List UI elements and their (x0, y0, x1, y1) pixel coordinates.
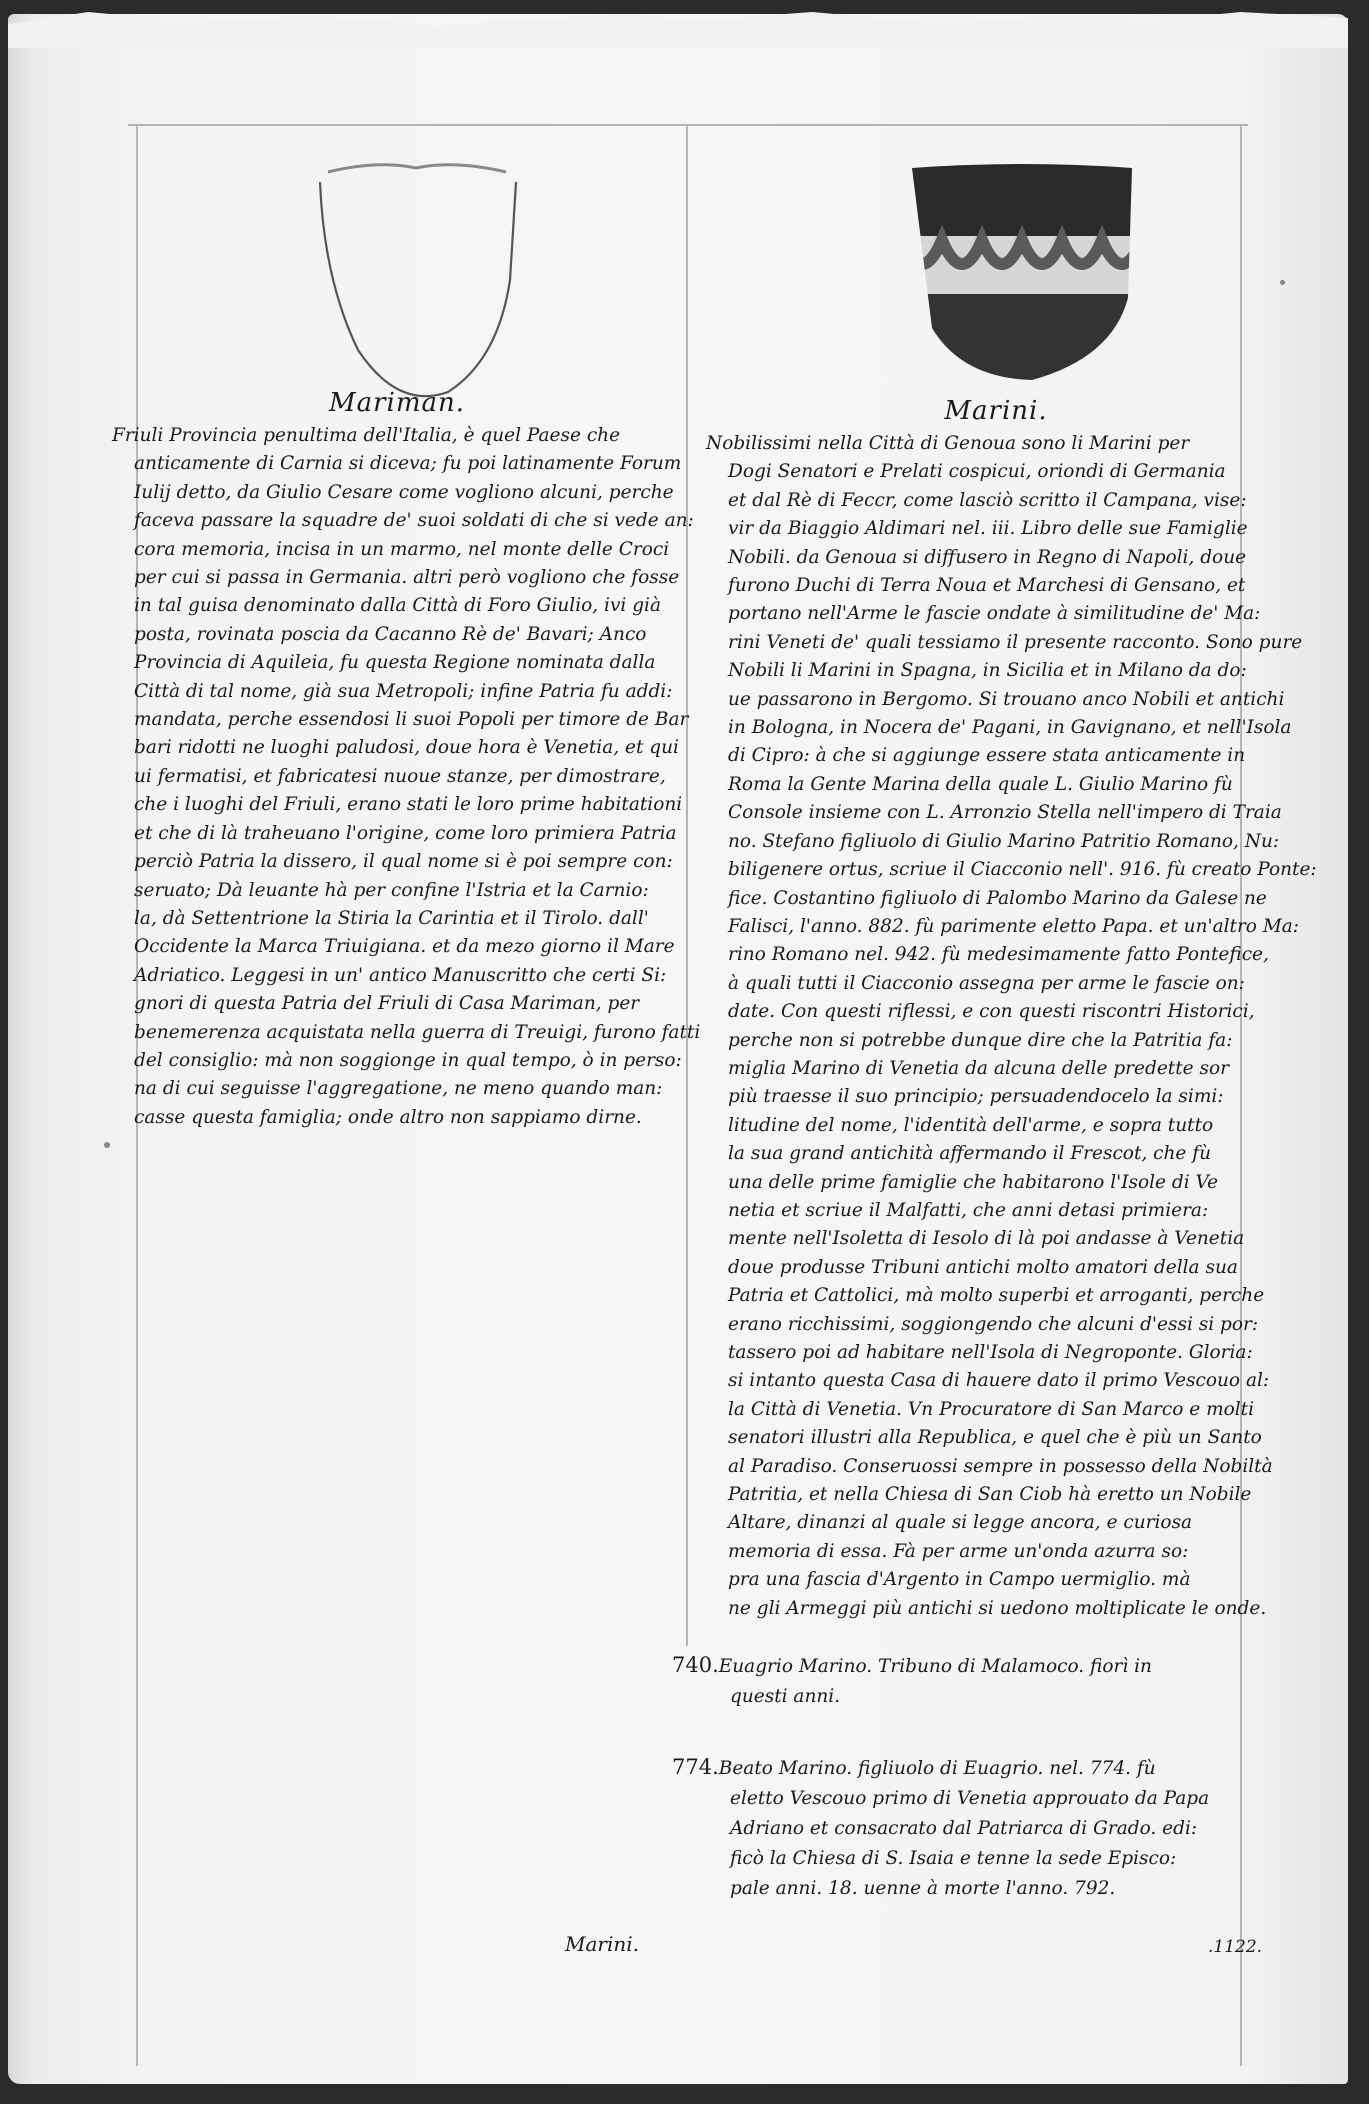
entry-year: 740. (672, 1653, 719, 1677)
text-line: pale anni. 18. uenne à morte l'anno. 792… (672, 1874, 1292, 1904)
text-line: eletto Vescouo primo di Venetia approuat… (672, 1784, 1292, 1814)
text-line: à quali tutti il Ciacconio assegna per a… (706, 970, 1286, 998)
text-line: Adriano et consacrato dal Patriarca di G… (672, 1814, 1292, 1844)
text-line: doue produsse Tribuni antichi molto amat… (706, 1254, 1286, 1282)
ink-spot (1280, 280, 1285, 285)
text-line: Nobili. da Genoua si diffusero in Regno … (706, 544, 1286, 572)
text-line: memoria di essa. Fà per arme un'onda azu… (706, 1538, 1286, 1566)
text-line: Patritia, et nella Chiesa di San Ciob hà… (706, 1481, 1286, 1509)
text-line: ue passarono in Bergomo. Si trouano anco… (706, 686, 1286, 714)
text-line: in Bologna, in Nocera de' Pagani, in Gav… (706, 714, 1286, 742)
text-line: gnori di questa Patria del Friuli di Cas… (112, 990, 682, 1018)
text-line: per cui si passa in Germania. altri però… (112, 564, 682, 592)
catchword: Marini. (565, 1932, 639, 1956)
text-line: in tal guisa denominato dalla Città di F… (112, 592, 682, 620)
text-line: che i luoghi del Friuli, erano stati le … (112, 791, 682, 819)
text-line: casse questa famiglia; onde altro non sa… (112, 1104, 682, 1132)
text-line: al Paradiso. Conseruossi sempre in posse… (706, 1453, 1286, 1481)
text-line: portano nell'Arme le fascie ondate à sim… (706, 600, 1286, 628)
text-line: Adriatico. Leggesi in un' antico Manuscr… (112, 962, 682, 990)
family-heading: Mariman. (112, 388, 682, 418)
text-line: questi anni. (672, 1682, 1292, 1712)
text-line: litudine del nome, l'identità dell'arme,… (706, 1112, 1286, 1140)
text-line: biligenere ortus, scriue il Ciacconio ne… (706, 856, 1286, 884)
text-line: Friuli Provincia penultima dell'Italia, … (112, 422, 682, 450)
text-line: ficò la Chiesa di S. Isaia e tenne la se… (672, 1844, 1292, 1874)
text-line: Occidente la Marca Triuigiana. et da mez… (112, 933, 682, 961)
text-line: Altare, dinanzi al quale si legge ancora… (706, 1509, 1286, 1537)
text-line: cora memoria, incisa in un marmo, nel mo… (112, 536, 682, 564)
text-line: tassero poi ad habitare nell'Isola di Ne… (706, 1339, 1286, 1367)
shield-wavy-fess-icon (902, 158, 1142, 388)
entry-marini: Marini. Nobilissimi nella Città di Genou… (706, 396, 1286, 1623)
text-line: la sua grand antichità affermando il Fre… (706, 1140, 1286, 1168)
entry-text: Euagrio Marino. Tribuno di Malamoco. fio… (719, 1656, 1152, 1677)
text-line: mente nell'Isoletta di Iesolo di là poi … (706, 1225, 1286, 1253)
family-heading: Marini. (706, 396, 1286, 426)
text-line: Nobilissimi nella Città di Genoua sono l… (706, 430, 1286, 458)
text-line: vir da Biaggio Aldimari nel. iii. Libro … (706, 515, 1286, 543)
entry-text: questi anni. (730, 1686, 840, 1707)
chronology-entry: 774.Beato Marino. figliuolo di Euagrio. … (672, 1752, 1292, 1904)
text-line: perche non si potrebbe dunque dire che l… (706, 1027, 1286, 1055)
text-line: di Cipro: à che si aggiunge essere stata… (706, 742, 1286, 770)
text-line: seruato; Dà leuante hà per confine l'Ist… (112, 877, 682, 905)
text-line: la Città di Venetia. Vn Procuratore di S… (706, 1396, 1286, 1424)
text-line: si intanto questa Casa di hauere dato il… (706, 1367, 1286, 1395)
text-line: benemerenza acquistata nella guerra di T… (112, 1019, 682, 1047)
text-line: no. Stefano figliuolo di Giulio Marino P… (706, 828, 1286, 856)
text-line: ne gli Armeggi più antichi si uedono mol… (706, 1595, 1286, 1623)
text-line: la, dà Settentrione la Stiria la Carinti… (112, 905, 682, 933)
paragraph: Friuli Provincia penultima dell'Italia, … (112, 422, 682, 1132)
text-line: perciò Patria la dissero, il qual nome s… (112, 848, 682, 876)
text-line: Nobili li Marini in Spagna, in Sicilia e… (706, 657, 1286, 685)
folio-number: .1122. (1208, 1937, 1262, 1957)
text-line: miglia Marino di Venetia da alcuna delle… (706, 1055, 1286, 1083)
text-line: date. Con questi riflessi, e con questi … (706, 998, 1286, 1026)
text-line: ui fermatisi, et fabricatesi nuoue stanz… (112, 763, 682, 791)
text-line: più traesse il suo principio; persuadend… (706, 1083, 1286, 1111)
text-line: et che di là traheuano l'origine, come l… (112, 820, 682, 848)
text-line: 740.Euagrio Marino. Tribuno di Malamoco.… (672, 1650, 1292, 1682)
entry-text: ficò la Chiesa di S. Isaia e tenne la se… (730, 1848, 1176, 1869)
text-line: na di cui seguisse l'aggregatione, ne me… (112, 1075, 682, 1103)
text-line: Provincia di Aquileia, fu questa Regione… (112, 649, 682, 677)
text-line: pra una fascia d'Argento in Campo uermig… (706, 1566, 1286, 1594)
entry-year: 774. (672, 1755, 719, 1779)
text-line: Roma la Gente Marina della quale L. Giul… (706, 771, 1286, 799)
ruled-frame-top (128, 124, 1248, 126)
shield-outline-icon (298, 160, 538, 408)
text-line: 774.Beato Marino. figliuolo di Euagrio. … (672, 1752, 1292, 1784)
entry-text: Adriano et consacrato dal Patriarca di G… (730, 1818, 1197, 1839)
entry-text: pale anni. 18. uenne à morte l'anno. 792… (730, 1878, 1115, 1899)
entry-text: Beato Marino. figliuolo di Euagrio. nel.… (719, 1758, 1156, 1779)
entry-mariman: Mariman. Friuli Provincia penultima dell… (112, 388, 682, 1132)
text-line: Città di tal nome, già sua Metropoli; in… (112, 678, 682, 706)
chronology-entry: 740.Euagrio Marino. Tribuno di Malamoco.… (672, 1650, 1292, 1712)
text-line: una delle prime famiglie che habitarono … (706, 1169, 1286, 1197)
text-line: del consiglio: mà non soggionge in qual … (112, 1047, 682, 1075)
text-line: erano ricchissimi, soggiongendo che alcu… (706, 1311, 1286, 1339)
ink-spot (104, 1142, 110, 1148)
paragraph: Nobilissimi nella Città di Genoua sono l… (706, 430, 1286, 1623)
text-line: Console insieme con L. Arronzio Stella n… (706, 799, 1286, 827)
text-line: anticamente di Carnia si diceva; fu poi … (112, 450, 682, 478)
text-line: senatori illustri alla Republica, e quel… (706, 1424, 1286, 1452)
text-line: Patria et Cattolici, mà molto superbi et… (706, 1282, 1286, 1310)
text-line: Falisci, l'anno. 882. fù parimente elett… (706, 913, 1286, 941)
text-line: posta, rovinata poscia da Cacanno Rè de'… (112, 621, 682, 649)
text-line: mandata, perche essendosi li suoi Popoli… (112, 706, 682, 734)
entry-text: eletto Vescouo primo di Venetia approuat… (730, 1788, 1209, 1809)
text-line: rini Veneti de' quali tessiamo il presen… (706, 629, 1286, 657)
text-line: faceva passare la squadre de' suoi solda… (112, 507, 682, 535)
text-line: furono Duchi di Terra Noua et Marchesi d… (706, 572, 1286, 600)
text-line: Iulij detto, da Giulio Cesare come vogli… (112, 479, 682, 507)
text-line: rino Romano nel. 942. fù medesimamente f… (706, 941, 1286, 969)
text-line: netia et scriue il Malfatti, che anni de… (706, 1197, 1286, 1225)
text-line: bari ridotti ne luoghi paludosi, doue ho… (112, 734, 682, 762)
text-line: et dal Rè di Feccr, come lasciò scritto … (706, 487, 1286, 515)
chronology-list: 740.Euagrio Marino. Tribuno di Malamoco.… (672, 1650, 1292, 1944)
column-divider (686, 126, 688, 1646)
text-line: fice. Costantino figliuolo di Palombo Ma… (706, 885, 1286, 913)
text-line: Dogi Senatori e Prelati cospicui, oriond… (706, 458, 1286, 486)
